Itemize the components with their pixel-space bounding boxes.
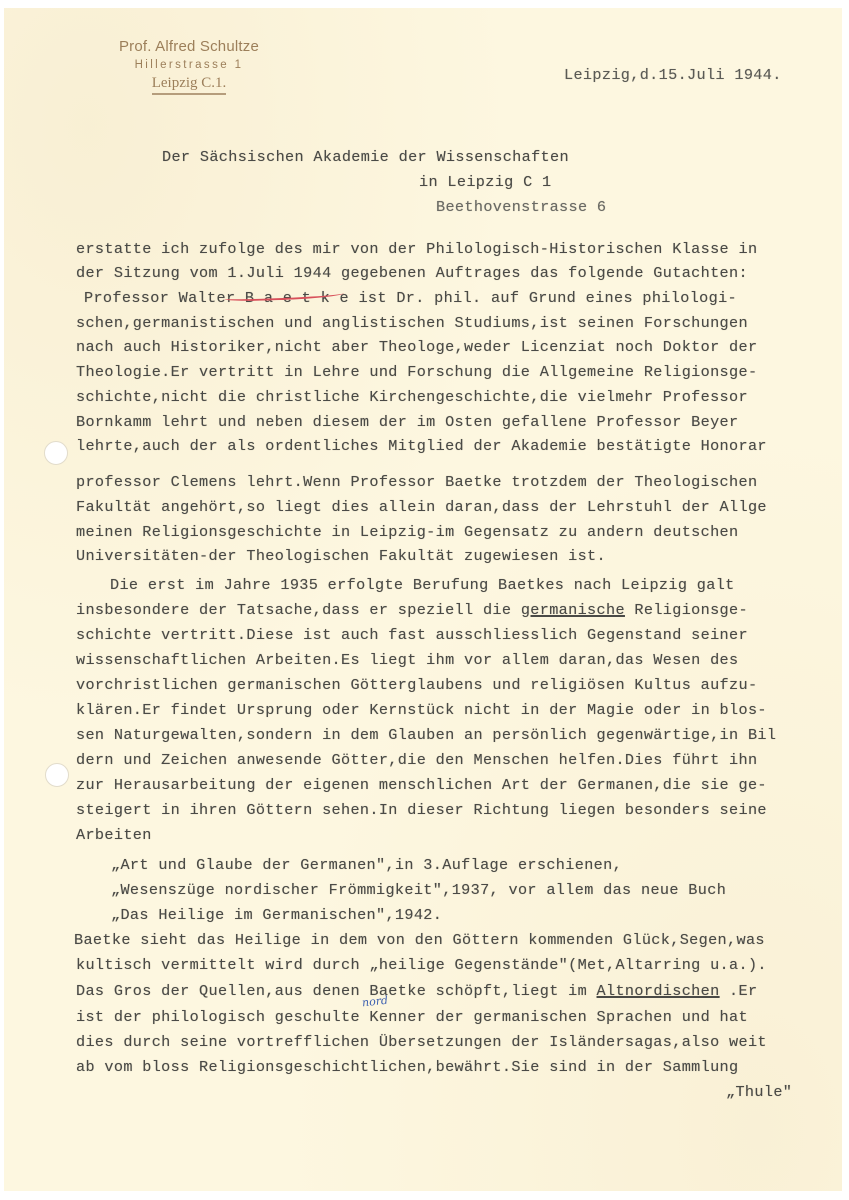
text-fragment: .Er	[720, 982, 758, 1000]
book-title-line: „Das Heilige im Germanischen",1942.	[111, 906, 442, 924]
underlined-word: Altnordischen	[597, 982, 720, 1000]
body-line: Das Gros der Quellen,aus denen Baetke sc…	[76, 982, 757, 1000]
date-line: Leipzig,d.15.Juli 1944.	[564, 66, 782, 84]
body-line: insbesondere der Tatsache,dass er spezie…	[76, 601, 748, 619]
book-title-line: „Wesenszüge nordischer Frömmigkeit",1937…	[111, 881, 726, 899]
body-line: der Sitzung vom 1.Juli 1944 gegebenen Au…	[76, 264, 748, 282]
punch-hole	[45, 763, 69, 787]
body-line: wissenschaftlichen Arbeiten.Es liegt ihm…	[76, 651, 738, 669]
text-fragment: Professor Walter	[84, 289, 245, 307]
body-line: Arbeiten	[76, 826, 152, 844]
body-line: Die erst im Jahre 1935 erfolgte Berufung…	[110, 576, 735, 594]
body-line: Professor Walter B a e t k e ist Dr. phi…	[84, 289, 737, 307]
letterhead-street: Hillerstrasse 1	[104, 59, 274, 71]
text-fragment: ist Dr. phil. auf Grund eines philologi-	[349, 289, 737, 307]
body-line: dies durch seine vortrefflichen Übersetz…	[76, 1033, 767, 1051]
body-line: meinen Religionsgeschichte in Leipzig-im…	[76, 523, 738, 541]
body-line: ab vom bloss Religionsgeschichtlichen,be…	[76, 1058, 738, 1076]
body-line: ist der philologisch geschulte Kenner de…	[76, 1008, 748, 1026]
text-fragment: Religionsge-	[625, 601, 748, 619]
body-line: schichte,nicht die christliche Kirchenge…	[76, 388, 748, 406]
body-line: Bornkamm lehrt und neben diesem der im O…	[76, 413, 738, 431]
body-line: Theologie.Er vertritt in Lehre und Forsc…	[76, 363, 757, 381]
body-line: erstatte ich zufolge des mir von der Phi…	[76, 240, 757, 258]
body-line: Baetke sieht das Heilige in dem von den …	[74, 931, 765, 949]
letterhead-stamp: Prof. Alfred Schultze Hillerstrasse 1 Le…	[104, 38, 274, 95]
letterhead-city: Leipzig C.1.	[152, 75, 227, 95]
body-line: vorchristlichen germanischen Götterglaub…	[76, 676, 757, 694]
body-line: lehrte,auch der als ordentliches Mitglie…	[76, 437, 767, 455]
body-line: professor Clemens lehrt.Wenn Professor B…	[76, 473, 757, 491]
recipient-line-1: Der Sächsischen Akademie der Wissenschaf…	[162, 148, 569, 166]
body-line: klären.Er findet Ursprung oder Kernstück…	[76, 701, 767, 719]
letterhead-name: Prof. Alfred Schultze	[104, 38, 274, 55]
body-line: sen Naturgewalten,sondern in dem Glauben…	[76, 726, 776, 744]
underlined-word: germanische	[521, 601, 625, 619]
letter-page: Prof. Alfred Schultze Hillerstrasse 1 Le…	[4, 8, 842, 1191]
continuation-fragment: „Thule"	[726, 1083, 792, 1101]
body-line: schichte vertritt.Diese ist auch fast au…	[76, 626, 748, 644]
body-line: steigert in ihren Göttern sehen.In diese…	[76, 801, 767, 819]
text-fragment: Das Gros der Quellen,aus denen Baetke sc…	[76, 982, 597, 1000]
text-fragment: insbesondere der Tatsache,dass er spezie…	[76, 601, 521, 619]
body-line: nach auch Historiker,nicht aber Theologe…	[76, 338, 757, 356]
body-line: kultisch vermittelt wird durch „heilige …	[76, 956, 767, 974]
recipient-line-3: Beethovenstrasse 6	[436, 198, 606, 216]
book-title-line: „Art und Glaube der Germanen",in 3.Aufla…	[111, 856, 622, 874]
handwritten-annotation: nord	[361, 994, 388, 1010]
body-line: Fakultät angehört,so liegt dies allein d…	[76, 498, 767, 516]
punch-hole	[44, 441, 68, 465]
body-line: zur Herausarbeitung der eigenen menschli…	[76, 776, 767, 794]
body-line: dern und Zeichen anwesende Götter,die de…	[76, 751, 757, 769]
recipient-line-2: in Leipzig C 1	[419, 173, 552, 191]
body-line: Universitäten-der Theologischen Fakultät…	[76, 547, 606, 565]
body-line: schen,germanistischen und anglistischen …	[76, 314, 748, 332]
